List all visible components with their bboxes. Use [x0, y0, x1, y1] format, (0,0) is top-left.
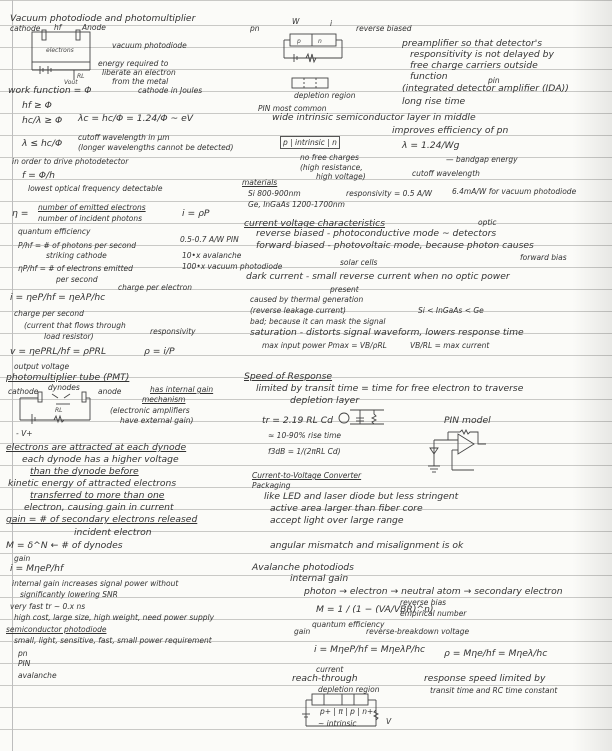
forward-bias: forward bias	[520, 252, 567, 263]
preamp-note: responsitivity is not delayed by	[410, 49, 554, 60]
packaging-note: accept light over large range	[270, 515, 404, 526]
dynode-note: electrons are attracted at each dynode	[6, 442, 186, 453]
pn-w: W	[292, 16, 299, 27]
scan-shadow	[572, 0, 612, 751]
internal-gain-note: significantly lowering SNR	[20, 589, 118, 600]
transit-time-2: depletion layer	[290, 395, 359, 406]
packaging-heading: Packaging	[252, 480, 291, 491]
rise-time: ≈ 10-90% rise time	[268, 430, 341, 441]
speed-heading: Speed of Response	[244, 371, 332, 382]
hc-ge-phi: hc/λ ≥ Φ	[22, 115, 62, 126]
dark-current: dark current - small reverse current whe…	[246, 271, 510, 282]
pn-i: i	[330, 18, 332, 29]
long-rise-time: long rise time	[402, 96, 465, 107]
optic-label: optic	[478, 217, 497, 228]
reverse-mode: reverse biased - photoconductive mode ~ …	[256, 228, 496, 239]
etap-hf: ηP/hf = # of electrons emitted	[18, 263, 133, 274]
eta-denominator: number of incident photons	[38, 213, 142, 224]
notebook-page: Vacuum photodiode and photomultiplier ca…	[0, 0, 612, 751]
kinetic-note: transferred to more than one	[30, 490, 164, 501]
output-voltage: output voltage	[14, 361, 69, 372]
dynode-note: each dynode has a higher voltage	[22, 454, 179, 465]
pin-improves: improves efficiency of pn	[392, 125, 508, 136]
svg-text:n: n	[318, 38, 322, 45]
reach-layers: p+ | π | p | n+	[320, 706, 373, 717]
etap-hf-2: per second	[56, 274, 98, 285]
vac-label: vacuum photodiode	[112, 40, 187, 51]
breakdown-voltage: reverse-breakdown voltage	[366, 626, 469, 637]
type-pin: PIN	[18, 658, 30, 669]
depletion-region: depletion region	[294, 90, 355, 101]
eta-label: η =	[12, 208, 28, 219]
semiconductor-pros: small, light, sensitive, fast, small pow…	[14, 635, 212, 646]
mask-signal: bad; because it can mask the signal	[250, 316, 385, 327]
material-si: Si 800-900nm	[248, 188, 301, 199]
thermal-generation: caused by thermal generation	[250, 294, 363, 305]
gain-label: gain	[294, 626, 310, 637]
reach-through: reach-through	[292, 673, 358, 684]
svg-text:RL: RL	[77, 73, 85, 80]
ida-note: (integrated detector amplifier (IDA))	[402, 83, 569, 94]
pin-model-label: PIN model	[444, 415, 491, 426]
avalanche-responsivity: 10•x avalanche	[182, 250, 241, 261]
charge-per-electron: charge per electron	[118, 282, 192, 293]
vacuum-responsivity: 6.4mA/W for vacuum photodiode	[452, 186, 576, 197]
reverse-biased: reverse biased	[356, 23, 411, 34]
pin-model-diagram	[338, 408, 388, 428]
responsivity-si: responsivity = 0.5 A/W	[346, 188, 432, 199]
dynode-note: than the dynode before	[30, 466, 139, 477]
material-ge: Ge, InGaAs 1200-1700nm	[248, 199, 345, 210]
type-avalanche: avalanche	[18, 670, 57, 681]
apd-responsivity-equation: ρ = Mηe/hf = Mηeλ/hc	[444, 648, 547, 659]
lambda-le: λ ≤ hc/Φ	[22, 138, 62, 149]
preamp-note: preamplifier so that detector's	[402, 38, 542, 49]
energy-note: cathode in Joules	[138, 85, 202, 96]
semiconductor-heading: semiconductor photodiode	[6, 624, 106, 635]
saturation: saturation - distorts signal waveform, l…	[250, 327, 524, 338]
svg-text:electrons: electrons	[46, 47, 74, 54]
lowest-freq: lowest optical frequency detectable	[28, 183, 162, 194]
pmt-cons: high cost, large size, high weight, need…	[14, 612, 214, 623]
pmt-anode: anode	[98, 386, 121, 397]
pmax-equation: max input power Pmax = VB/ρRL	[262, 340, 387, 351]
hf-ge-phi: hf ≥ Φ	[22, 100, 52, 111]
avalanche-chain: photon → electron → neutral atom → secon…	[304, 586, 563, 597]
rho-equation: ρ = i/P	[144, 346, 175, 357]
pmt-diagram: RL	[10, 390, 92, 430]
packaging-note: angular mismatch and misalignment is ok	[270, 540, 463, 551]
high-voltage: high voltage)	[316, 171, 366, 182]
preamp-note: free charge carriers outside	[410, 60, 538, 71]
kinetic-note: kinetic energy of attracted electrons	[8, 478, 176, 489]
pin-wide: wide intrinsic semiconductor layer in mi…	[272, 112, 476, 123]
drive-note: in order to drive photodetector	[12, 156, 128, 167]
current-to-voltage-diagram	[424, 430, 504, 475]
forward-mode: forward biased - photovoltaic mode, beca…	[256, 240, 534, 251]
packaging-note: active area larger than fiber core	[270, 503, 423, 514]
transit-time: limited by transit time = time for free …	[256, 383, 523, 394]
pmt-gain-2: mechanism	[142, 394, 185, 405]
response-speed-2: transit time and RC time constant	[430, 685, 557, 696]
current-note: load resistor)	[44, 331, 94, 342]
empirical-number: empirical number	[400, 608, 466, 619]
solar-cells: solar cells	[340, 257, 377, 268]
work-function: work function = Φ	[8, 85, 91, 96]
kinetic-note: electron, causing gain in current	[24, 502, 174, 513]
i-m-equation: i = MηeP/hf	[10, 563, 63, 574]
f-equation: f = Φ/h	[22, 170, 55, 181]
cutoff-note: (longer wavelengths cannot be detected)	[78, 142, 233, 153]
intrinsic-label: ~ intrinsic	[318, 718, 356, 729]
eta-numerator: number of emitted electrons	[38, 202, 146, 213]
pn-label: pn	[250, 23, 260, 34]
pmt-voltage: - V+	[16, 428, 33, 439]
vacuum-photodiode-diagram: electrons RL Vout	[28, 30, 98, 85]
very-fast: very fast tr ~ 0.x ns	[10, 601, 85, 612]
apd-current-equation: i = MηeP/hf = MηeλP/hc	[314, 644, 425, 655]
voltage-label: V	[386, 716, 391, 727]
dark-current-order: Si < InGaAs < Ge	[418, 305, 484, 316]
pin-responsivity: 0.5-0.7 A/W PIN	[180, 234, 239, 245]
i-equation: i = ηeP/hf = ηeλP/hc	[10, 292, 105, 303]
m-equation: M = δ^N ← # of dynodes	[6, 540, 123, 551]
packaging-note: like LED and laser diode but less string…	[264, 491, 458, 502]
v-equation: v = ηePRL/hf = ρPRL	[10, 346, 106, 357]
lambda-c: λc = hc/Φ = 1.24/Φ ~ eV	[78, 113, 193, 124]
internal-gain: internal gain	[290, 573, 348, 584]
gain-definition: gain = # of secondary electrons released	[6, 514, 197, 525]
preamp-note: function	[410, 71, 448, 82]
tr-equation: tr = 2.19 RL Cd	[262, 415, 333, 426]
quantum-efficiency: quantum efficiency	[18, 226, 91, 237]
gain-definition-2: incident electron	[74, 527, 152, 538]
svg-text:p: p	[296, 38, 301, 45]
pmt-external-2: have external gain)	[120, 415, 193, 426]
charge-per-second: charge per second	[14, 308, 84, 319]
i-rho-p: i = ρP	[182, 208, 209, 219]
response-speed: response speed limited by	[424, 673, 545, 684]
lambda-equation: λ = 1.24/Wg	[402, 140, 459, 151]
svg-text:RL: RL	[55, 407, 63, 414]
materials-heading: materials	[242, 177, 277, 188]
internal-gain-note: internal gain increases signal power wit…	[12, 578, 178, 589]
responsivity-label: responsivity	[150, 326, 196, 337]
apd-heading: Avalanche photodiods	[252, 562, 354, 573]
bandgap-energy: — bandgap energy	[446, 154, 518, 165]
f3db-equation: f3dB = 1/(2πRL Cd)	[268, 446, 341, 457]
pin-box: p | intrinsic | n	[280, 136, 340, 149]
reverse-bias: reverse bias	[400, 597, 446, 608]
max-current: VB/RL = max current	[410, 340, 489, 351]
current-note: (current that flows through	[24, 320, 126, 331]
p-hf-2: striking cathode	[46, 250, 107, 261]
leakage-current: (reverse leakage current)	[250, 305, 346, 316]
cutoff-wavelength: cutoff wavelength	[412, 168, 480, 179]
